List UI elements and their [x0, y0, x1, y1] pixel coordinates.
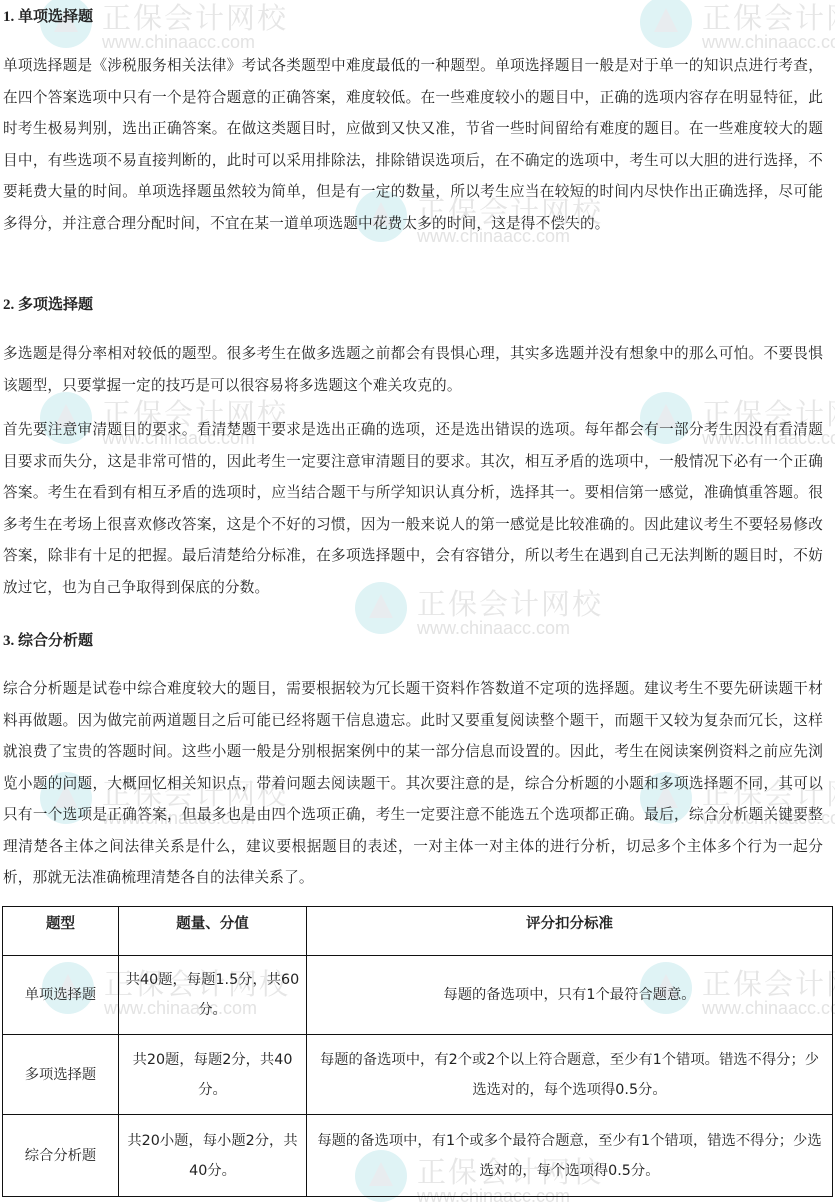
question-type-table: 题型 题量、分值 评分扣分标准 单项选择题 共40题，每题1.5分，共60分。 … [2, 906, 833, 1197]
cell-scoring-rule: 每题的备选项中，有1个或多个最符合题意，至少有1个错项，错选不得分；少选选对的，… [307, 1115, 833, 1197]
paragraph-single-choice: 单项选择题是《涉税服务相关法律》考试各类题型中难度最低的一种题型。单项选择题目一… [3, 50, 823, 239]
cell-scoring-rule: 每题的备选项中，只有1个最符合题意。 [307, 956, 833, 1035]
paragraph-multi-choice-tips: 首先要注意审清题目的要求。看清楚题干要求是选出正确的选项，还是选出错误的选项。每… [3, 414, 823, 603]
header-type: 题型 [3, 907, 119, 956]
section-heading-comprehensive: 3. 综合分析题 [3, 629, 93, 650]
cell-count-score: 共20题，每题2分，共40分。 [119, 1035, 307, 1115]
section-heading-multi-choice: 2. 多项选择题 [3, 293, 93, 314]
table-row: 综合分析题 共20小题，每小题2分，共40分。 每题的备选项中，有1个或多个最符… [3, 1115, 833, 1197]
watermark: 正保会计网校www.chinaacc.com [640, 0, 835, 52]
watermark-logo-icon [640, 0, 692, 48]
cell-scoring-rule: 每题的备选项中，有2个或2个以上符合题意，至少有1个错项。错选不得分；少选选对的… [307, 1035, 833, 1115]
header-scoring-rule: 评分扣分标准 [307, 907, 833, 956]
cell-count-score: 共20小题，每小题2分，共40分。 [119, 1115, 307, 1197]
table-row: 多项选择题 共20题，每题2分，共40分。 每题的备选项中，有2个或2个以上符合… [3, 1035, 833, 1115]
header-count-score: 题量、分值 [119, 907, 307, 956]
cell-type: 多项选择题 [3, 1035, 119, 1115]
section-heading-single-choice: 1. 单项选择题 [3, 5, 93, 26]
table-row: 单项选择题 共40题，每题1.5分，共60分。 每题的备选项中，只有1个最符合题… [3, 956, 833, 1035]
cell-type: 综合分析题 [3, 1115, 119, 1197]
cell-type: 单项选择题 [3, 956, 119, 1035]
paragraph-comprehensive: 综合分析题是试卷中综合难度较大的题目，需要根据较为冗长题干资料作答数道不定项的选… [3, 673, 823, 894]
table-header-row: 题型 题量、分值 评分扣分标准 [3, 907, 833, 956]
cell-count-score: 共40题，每题1.5分，共60分。 [119, 956, 307, 1035]
paragraph-multi-choice-intro: 多选题是得分率相对较低的题型。很多考生在做多选题之前都会有畏惧心理，其实多选题并… [3, 338, 823, 401]
